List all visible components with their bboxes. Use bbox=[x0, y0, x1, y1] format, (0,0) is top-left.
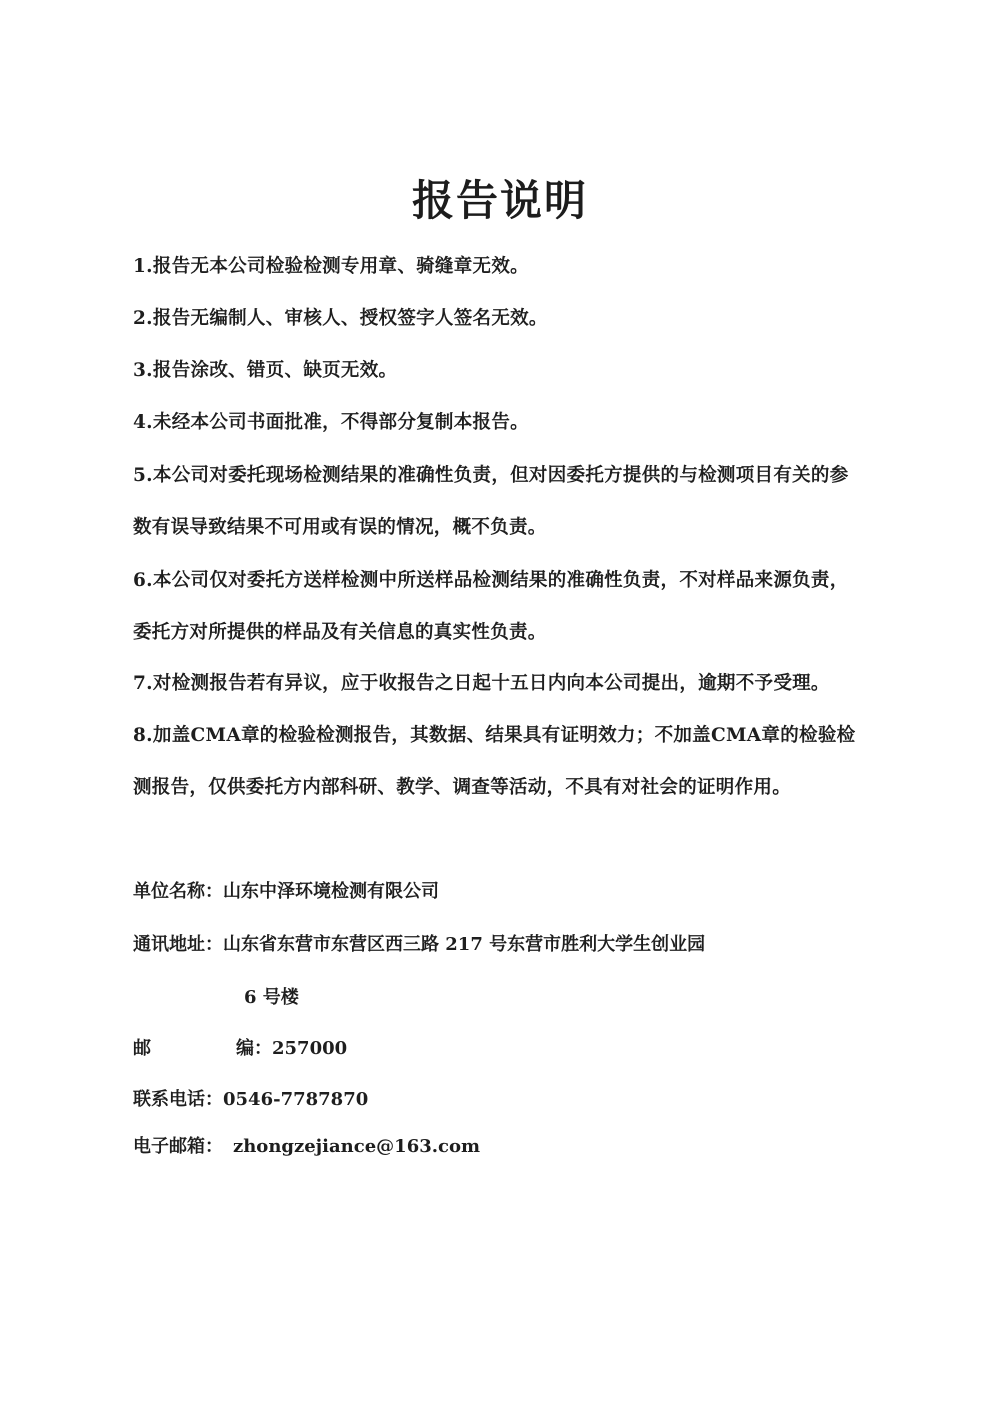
statement-8-line-1: 8.加盖CMA章的检验检测报告，其数据、结果具有证明效力；不加盖CMA章的检验检 bbox=[133, 721, 855, 747]
email-value: zhongzejiance@163.com bbox=[233, 1136, 480, 1157]
company-label: 单位名称： bbox=[133, 877, 223, 903]
postcode-value: 257000 bbox=[272, 1038, 347, 1059]
address-label: 通讯地址： bbox=[133, 930, 223, 956]
phone-label: 联系电话： bbox=[133, 1085, 223, 1111]
postcode-label-b: 编： bbox=[236, 1034, 272, 1060]
email-label: 电子邮箱： bbox=[133, 1132, 223, 1158]
statement-4: 4.未经本公司书面批准，不得部分复制本报告。 bbox=[133, 408, 529, 434]
company-name: 山东中泽环境检测有限公司 bbox=[223, 877, 439, 903]
phone-row: 联系电话：0546-7787870 bbox=[133, 1085, 368, 1111]
page-title: 报告说明 bbox=[0, 168, 1000, 228]
statement-5-line-2: 数有误导致结果不可用或有误的情况，概不负责。 bbox=[133, 513, 547, 539]
statement-6-line-2: 委托方对所提供的样品及有关信息的真实性负责。 bbox=[133, 618, 547, 644]
statement-1: 1.报告无本公司检验检测专用章、骑缝章无效。 bbox=[133, 252, 529, 278]
postcode-label-a: 邮 bbox=[133, 1034, 236, 1060]
company-row: 单位名称：山东中泽环境检测有限公司 bbox=[133, 877, 439, 903]
statement-7: 7.对检测报告若有异议，应于收报告之日起十五日内向本公司提出，逾期不予受理。 bbox=[133, 669, 830, 695]
statement-2: 2.报告无编制人、审核人、授权签字人签名无效。 bbox=[133, 304, 548, 330]
statement-6-line-1: 6.本公司仅对委托方送样检测中所送样品检测结果的准确性负责，不对样品来源负责， bbox=[133, 566, 849, 592]
address-value: 山东省东营市东营区西三路 217 号东营市胜利大学生创业园 bbox=[223, 930, 705, 956]
statement-5-line-1: 5.本公司对委托现场检测结果的准确性负责，但对因委托方提供的与检测项目有关的参 bbox=[133, 461, 849, 487]
address-row: 通讯地址：山东省东营市东营区西三路 217 号东营市胜利大学生创业园 bbox=[133, 930, 705, 956]
statement-8-line-2: 测报告，仅供委托方内部科研、教学、调查等活动，不具有对社会的证明作用。 bbox=[133, 773, 791, 799]
email-row: 电子邮箱：zhongzejiance@163.com bbox=[133, 1132, 480, 1158]
statement-3: 3.报告涂改、错页、缺页无效。 bbox=[133, 356, 397, 382]
postcode-row: 邮编：257000 bbox=[133, 1034, 347, 1060]
phone-value: 0546-7787870 bbox=[223, 1089, 368, 1110]
address-line-2: 6 号楼 bbox=[244, 983, 299, 1009]
